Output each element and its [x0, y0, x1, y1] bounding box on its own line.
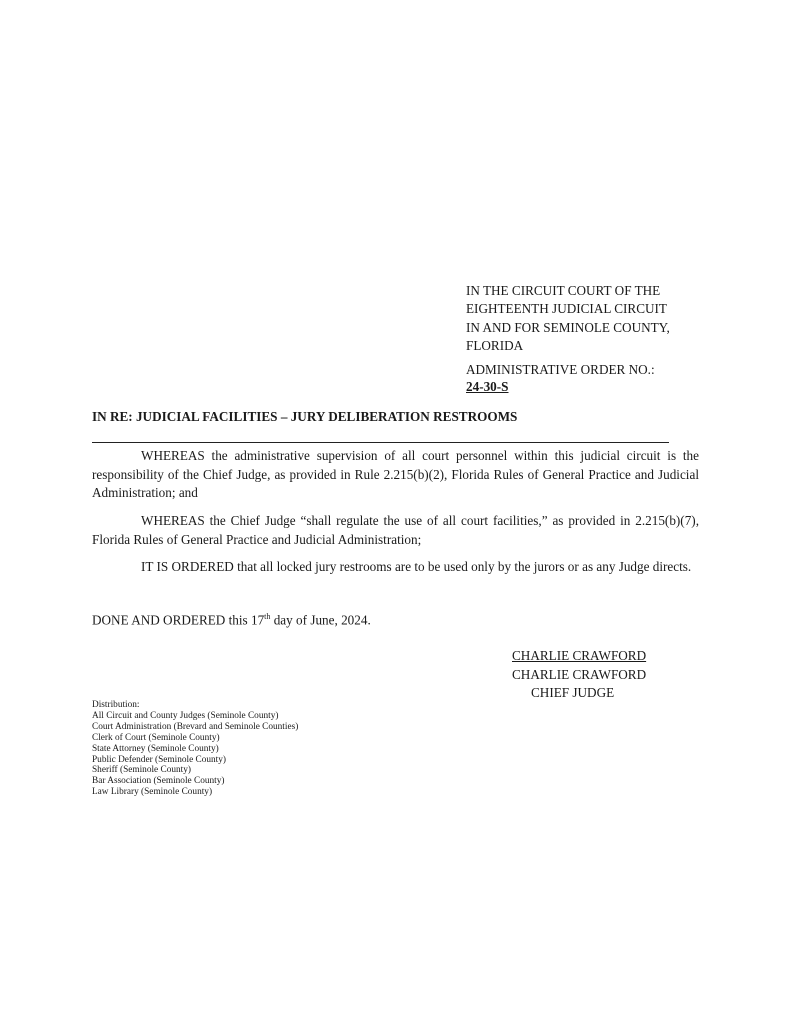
court-caption: IN THE CIRCUIT COURT OF THE EIGHTEENTH J…: [466, 282, 670, 355]
distribution-heading: Distribution:: [92, 700, 298, 711]
distribution-item: Clerk of Court (Seminole County): [92, 733, 298, 744]
done-suffix: day of June, 2024.: [270, 612, 370, 627]
distribution-item: Sheriff (Seminole County): [92, 765, 298, 776]
distribution-item: Law Library (Seminole County): [92, 787, 298, 798]
paragraph-ordered: IT IS ORDERED that all locked jury restr…: [92, 558, 699, 577]
paragraph-text: WHEREAS the administrative supervision o…: [92, 448, 699, 500]
distribution-item: All Circuit and County Judges (Seminole …: [92, 711, 298, 722]
caption-line: EIGHTEENTH JUDICIAL CIRCUIT: [466, 300, 670, 318]
paragraph-whereas-1: WHEREAS the administrative supervision o…: [92, 447, 699, 503]
caption-line: IN THE CIRCUIT COURT OF THE: [466, 282, 670, 300]
signature-line: CHARLIE CRAWFORD: [512, 648, 646, 664]
caption-line: FLORIDA: [466, 337, 670, 355]
distribution-item: Court Administration (Brevard and Semino…: [92, 722, 298, 733]
paragraph-whereas-2: WHEREAS the Chief Judge “shall regulate …: [92, 512, 699, 549]
caption-line: IN AND FOR SEMINOLE COUNTY,: [466, 319, 670, 337]
paragraph-text: WHEREAS the Chief Judge “shall regulate …: [92, 513, 699, 547]
order-number: 24-30-S: [466, 378, 509, 396]
distribution-list: Distribution: All Circuit and County Jud…: [92, 700, 298, 798]
title-divider: [92, 442, 669, 443]
done-prefix: DONE AND ORDERED this 17: [92, 612, 264, 627]
distribution-item: Public Defender (Seminole County): [92, 755, 298, 766]
order-number-label: ADMINISTRATIVE ORDER NO.:: [466, 361, 655, 379]
document-title: IN RE: JUDICIAL FACILITIES – JURY DELIBE…: [92, 409, 517, 425]
distribution-item: State Attorney (Seminole County): [92, 744, 298, 755]
paragraph-text: IT IS ORDERED that all locked jury restr…: [141, 559, 691, 574]
signer-name: CHARLIE CRAWFORD: [512, 667, 646, 683]
signer-title: CHIEF JUDGE: [531, 685, 614, 701]
distribution-item: Bar Association (Seminole County): [92, 776, 298, 787]
done-and-ordered: DONE AND ORDERED this 17th day of June, …: [92, 612, 371, 628]
